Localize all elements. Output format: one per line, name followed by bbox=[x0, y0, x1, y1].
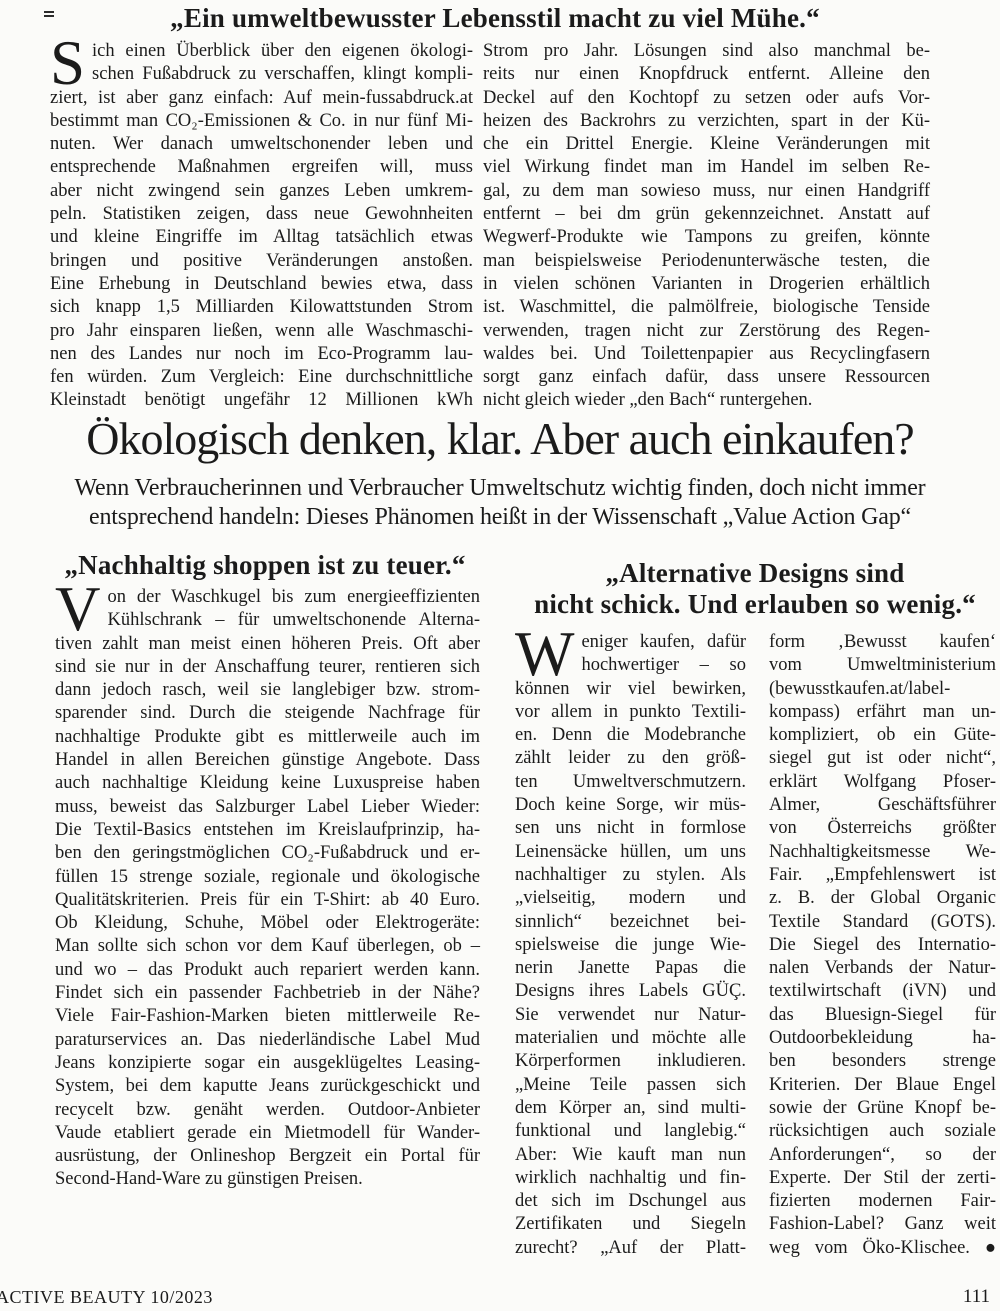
text-line: (bewusstkaufen.at/label- bbox=[769, 678, 996, 701]
section-designs-column-right: form ‚Bewusst kaufen‘vom Umweltministeri… bbox=[769, 631, 996, 1260]
section-shopping-headline: „Nachhaltig shoppen ist zu teuer.“ bbox=[30, 549, 500, 581]
text-line: Sie verwendet nur Natur- bbox=[515, 1004, 746, 1027]
text-line: „vielseitig, modern und bbox=[515, 887, 746, 910]
text-line: ausrüstung, der Onlineshop Bergzeit ein … bbox=[55, 1145, 480, 1168]
text-line: schen Fußabdruck zu verschaffen, klingt … bbox=[50, 63, 473, 86]
text-line: weg vom Öko-Klischee. ● bbox=[769, 1237, 996, 1260]
text-line: und wo – das Produkt auch repariert werd… bbox=[55, 959, 480, 982]
text-line: ich einen Überblick über den eigenen öko… bbox=[50, 40, 473, 63]
top-article-column-right: Strom pro Jahr. Lösungen sind also manch… bbox=[483, 40, 930, 413]
text-line: entsprechende Maßnahmen ergreifen will, … bbox=[50, 156, 473, 179]
main-headline: Ökologisch denken, klar. Aber auch einka… bbox=[0, 412, 1000, 466]
text-line: nalen Verbands der Natur- bbox=[769, 957, 996, 980]
text-line: sparender sind. Durch die steigende Nach… bbox=[55, 702, 480, 725]
text-line: muss, beweist das Salzburger Label Liebe… bbox=[55, 796, 480, 819]
fold-mark-bar bbox=[44, 15, 54, 17]
footer-magazine-issue: ACTIVE BEAUTY 10/2023 bbox=[0, 1287, 213, 1308]
text-line: sind sie nur in der Anschaffung teurer, … bbox=[55, 656, 480, 679]
text-line: Textile Standard (GOTS). bbox=[769, 911, 996, 934]
text-line: dann jedoch rasch, weil sie langlebiger … bbox=[55, 679, 480, 702]
text-line: Die Textil-Basics entstehen im Kreislauf… bbox=[55, 819, 480, 842]
text-line: Nachhaltigkeitsmesse We- bbox=[769, 841, 996, 864]
text-line: das Bluesign-Siegel für bbox=[769, 1004, 996, 1027]
text-line: tiven zahlt man meist einen höheren Prei… bbox=[55, 633, 480, 656]
text-line: nicht gleich wieder „den Bach“ runtergeh… bbox=[483, 389, 930, 412]
text-line: sowie der Grüne Knopf be- bbox=[769, 1097, 996, 1120]
text-line: Outdoorbekleidung ha- bbox=[769, 1027, 996, 1050]
section-designs-column-left: W eniger kaufen, dafürhochwertiger – sok… bbox=[515, 631, 746, 1260]
top-article-headline: „Ein umweltbewusster Lebensstil macht zu… bbox=[60, 2, 930, 34]
text-line: funktional und langlebig.“ bbox=[515, 1120, 746, 1143]
text-line: materialien und möchte alle bbox=[515, 1027, 746, 1050]
text-line: nachhaltiger zu stylen. Als bbox=[515, 864, 746, 887]
text-line: vor allem in punkto Textili- bbox=[515, 701, 746, 724]
text-line: System, bei dem kaputte Jeans zurückgesc… bbox=[55, 1075, 480, 1098]
text-line: fizierten modernen Fair- bbox=[769, 1190, 996, 1213]
text-line: kompass) erfährt man un- bbox=[769, 701, 996, 724]
text-line: dem Körper an, sind multi- bbox=[515, 1097, 746, 1120]
text-line: recycelt bzw. genäht werden. Outdoor-Anb… bbox=[55, 1099, 480, 1122]
text-line: füllen 15 strenge soziale, regionale und… bbox=[55, 866, 480, 889]
section-designs-column-left-lines: eniger kaufen, dafürhochwertiger – sokön… bbox=[515, 631, 746, 1260]
text-line: Ob Kleidung, Schuhe, Möbel oder Elektrog… bbox=[55, 912, 480, 935]
fold-mark-bar bbox=[44, 11, 54, 13]
top-article-column-left: S ich einen Überblick über den eigenen ö… bbox=[50, 40, 473, 413]
text-line: spielsweise die junge Wie- bbox=[515, 934, 746, 957]
text-line: Findet sich ein passender Fachbetrieb in… bbox=[55, 982, 480, 1005]
text-line: von Österreichs größter bbox=[769, 817, 996, 840]
text-line: Qualitätskriterien. Preis für ein T-Shir… bbox=[55, 889, 480, 912]
text-line: Second-Hand-Ware zu günstigen Preisen. bbox=[55, 1168, 480, 1191]
text-line: Strom pro Jahr. Lösungen sind also manch… bbox=[483, 40, 930, 63]
text-line: ben besonders strenge bbox=[769, 1050, 996, 1073]
text-line: bringen und positive Veränderungen ansto… bbox=[50, 250, 473, 273]
text-line: paraturservices an. Das niederländische … bbox=[55, 1029, 480, 1052]
drop-cap: S bbox=[50, 40, 92, 86]
text-line: pro Jahr einsparen ließen, wenn alle Was… bbox=[50, 320, 473, 343]
section-shopping-lines: on der Waschkugel bis zum energieeffizie… bbox=[55, 586, 480, 1192]
text-line: entfernt – bei dm grün gekennzeichnet. A… bbox=[483, 203, 930, 226]
text-line: siegel gut ist oder nicht“, bbox=[769, 747, 996, 770]
main-subheadline: Wenn Verbraucherinnen und Verbraucher Um… bbox=[0, 474, 1000, 531]
text-line: Kriterien. Der Blaue Engel bbox=[769, 1074, 996, 1097]
text-line: Wegwerf-Produkte wie Tampons zu greifen,… bbox=[483, 226, 930, 249]
text-line: nachhaltige Produkte gibt es mittlerweil… bbox=[55, 726, 480, 749]
text-line: Doch keine Sorge, wir müs- bbox=[515, 794, 746, 817]
section-designs-column-right-lines: form ‚Bewusst kaufen‘vom Umweltministeri… bbox=[769, 631, 996, 1260]
text-line: che ein Drittel Energie. Kleine Veränder… bbox=[483, 133, 930, 156]
section-designs-headline-line: nicht schick. Und erlauben so wenig.“ bbox=[515, 589, 995, 620]
text-line: Viele Fair-Fashion-Marken bieten mittler… bbox=[55, 1005, 480, 1028]
text-line: form ‚Bewusst kaufen‘ bbox=[769, 631, 996, 654]
text-line: sorgt ganz einfach dafür, dass unsere Re… bbox=[483, 366, 930, 389]
text-line: Kühlschrank – für umweltschonende Altern… bbox=[55, 609, 480, 632]
text-line: gal, zu dem man sowieso muss, nur einen … bbox=[483, 180, 930, 203]
text-line: Körperformen inkludieren. bbox=[515, 1050, 746, 1073]
text-line: Kleinstadt benötigt ungefähr 12 Millione… bbox=[50, 389, 473, 412]
text-line: Handel in allen Bereichen günstige Angeb… bbox=[55, 749, 480, 772]
text-line: Almer, Geschäftsführer bbox=[769, 794, 996, 817]
text-line: Anforderungen“, so der bbox=[769, 1144, 996, 1167]
text-line: on der Waschkugel bis zum energieeffizie… bbox=[55, 586, 480, 609]
text-line: „Meine Teile passen sich bbox=[515, 1074, 746, 1097]
text-line: Zertifikaten und Siegeln bbox=[515, 1213, 746, 1236]
magazine-page: „Ein umweltbewusster Lebensstil macht zu… bbox=[0, 0, 1000, 1311]
text-line: z. B. der Global Organic bbox=[769, 887, 996, 910]
text-line: Fair. „Empfehlenswert ist bbox=[769, 864, 996, 887]
text-line: rücksichtigen auch soziale bbox=[769, 1120, 996, 1143]
text-line: Experte. Der Stil der zerti- bbox=[769, 1167, 996, 1190]
text-line: ben den geringstmöglichen CO₂-Fußabdruck… bbox=[55, 842, 480, 865]
text-line: en. Denn die Modebranche bbox=[515, 724, 746, 747]
text-line: Leinensäcke hüllen, um uns bbox=[515, 841, 746, 864]
fold-mark-icon bbox=[44, 11, 54, 19]
subheadline-line: entsprechend handeln: Dieses Phänomen he… bbox=[0, 503, 1000, 532]
text-line: Fashion-Label? Ganz weit bbox=[769, 1213, 996, 1236]
top-article-column-left-lines: ich einen Überblick über den eigenen öko… bbox=[50, 40, 473, 413]
text-line: bestimmt man CO₂-Emissionen & Co. in nur… bbox=[50, 110, 473, 133]
section-shopping-column: V on der Waschkugel bis zum energieeffiz… bbox=[55, 586, 480, 1192]
text-line: peln. Statistiken zeigen, dass neue Gewo… bbox=[50, 203, 473, 226]
text-line: zurecht? „Auf der Platt- bbox=[515, 1237, 746, 1260]
text-line: waldes bei. Und Toilettenpapier aus Recy… bbox=[483, 343, 930, 366]
footer-page-number: 111 bbox=[930, 1286, 990, 1308]
text-line: sich knapp 1,5 Milliarden Kilowattstunde… bbox=[50, 296, 473, 319]
text-line: auch nachhaltige Kleidung keine Luxuspre… bbox=[55, 772, 480, 795]
text-line: Man sollte sich schon vor dem Kauf überl… bbox=[55, 935, 480, 958]
text-line: Aber: Wie kauft man nun bbox=[515, 1144, 746, 1167]
text-line: sen uns nicht in formlose bbox=[515, 817, 746, 840]
text-line: aber nicht zwingend sein ganzes Leben um… bbox=[50, 180, 473, 203]
section-designs-headline-line: „Alternative Designs sind bbox=[515, 558, 995, 589]
subheadline-line: Wenn Verbraucherinnen und Verbraucher Um… bbox=[0, 474, 1000, 503]
text-line: man beispielsweise Periodenunterwäsche t… bbox=[483, 250, 930, 273]
text-line: Eine Erhebung in Deutschland bewies etwa… bbox=[50, 273, 473, 296]
text-line: textilwirtschaft (iVN) und bbox=[769, 980, 996, 1003]
text-line: verwenden, tragen nicht zur Zerstörung d… bbox=[483, 320, 930, 343]
text-line: nerin Janette Papas die bbox=[515, 957, 746, 980]
text-line: nen des Landes nur noch im Eco-Programm … bbox=[50, 343, 473, 366]
text-line: ist. Waschmittel, die palmölfreie, biolo… bbox=[483, 296, 930, 319]
text-line: zählt leider zu den größ- bbox=[515, 747, 746, 770]
top-article-column-right-lines: Strom pro Jahr. Lösungen sind also manch… bbox=[483, 40, 930, 413]
drop-cap: W bbox=[515, 631, 581, 677]
text-line: Jeans konzipierte sogar ein ausgeklügelt… bbox=[55, 1052, 480, 1075]
text-line: vom Umweltministerium bbox=[769, 654, 996, 677]
text-line: Deckel auf den Kochtopf zu setzen oder a… bbox=[483, 87, 930, 110]
text-line: Die Siegel des Internatio- bbox=[769, 934, 996, 957]
text-line: fen würden. Zum Vergleich: Eine durchsch… bbox=[50, 366, 473, 389]
drop-cap: V bbox=[55, 586, 108, 632]
text-line: und kleine Eingriffe im Alltag tatsächli… bbox=[50, 226, 473, 249]
text-line: kompliziert, ob ein Güte- bbox=[769, 724, 996, 747]
text-line: det sich im Dschungel aus bbox=[515, 1190, 746, 1213]
text-line: reits nur einen Knopfdruck entfernt. All… bbox=[483, 63, 930, 86]
text-line: nuten. Wer danach umweltschonender leben… bbox=[50, 133, 473, 156]
text-line: ziert, ist aber ganz einfach: Auf mein-f… bbox=[50, 87, 473, 110]
text-line: heizen des Backrohrs zu verzichten, spar… bbox=[483, 110, 930, 133]
text-line: sinnlich“ bezeichnet bei- bbox=[515, 911, 746, 934]
text-line: erklärt Wolfgang Pfoser- bbox=[769, 771, 996, 794]
text-line: ten Umweltverschmutzern. bbox=[515, 771, 746, 794]
text-line: können wir viel bewirken, bbox=[515, 678, 746, 701]
text-line: wirklich nachhaltig und fin- bbox=[515, 1167, 746, 1190]
text-line: Designs ihres Labels GÜÇ. bbox=[515, 980, 746, 1003]
text-line: Vaude etabliert gerade ein Mietmodell fü… bbox=[55, 1122, 480, 1145]
text-line: in vielen schönen Varianten in Drogerien… bbox=[483, 273, 930, 296]
text-line: viel Wirkung findet man im Handel im sel… bbox=[483, 156, 930, 179]
section-designs-headline: „Alternative Designs sind nicht schick. … bbox=[515, 558, 995, 620]
